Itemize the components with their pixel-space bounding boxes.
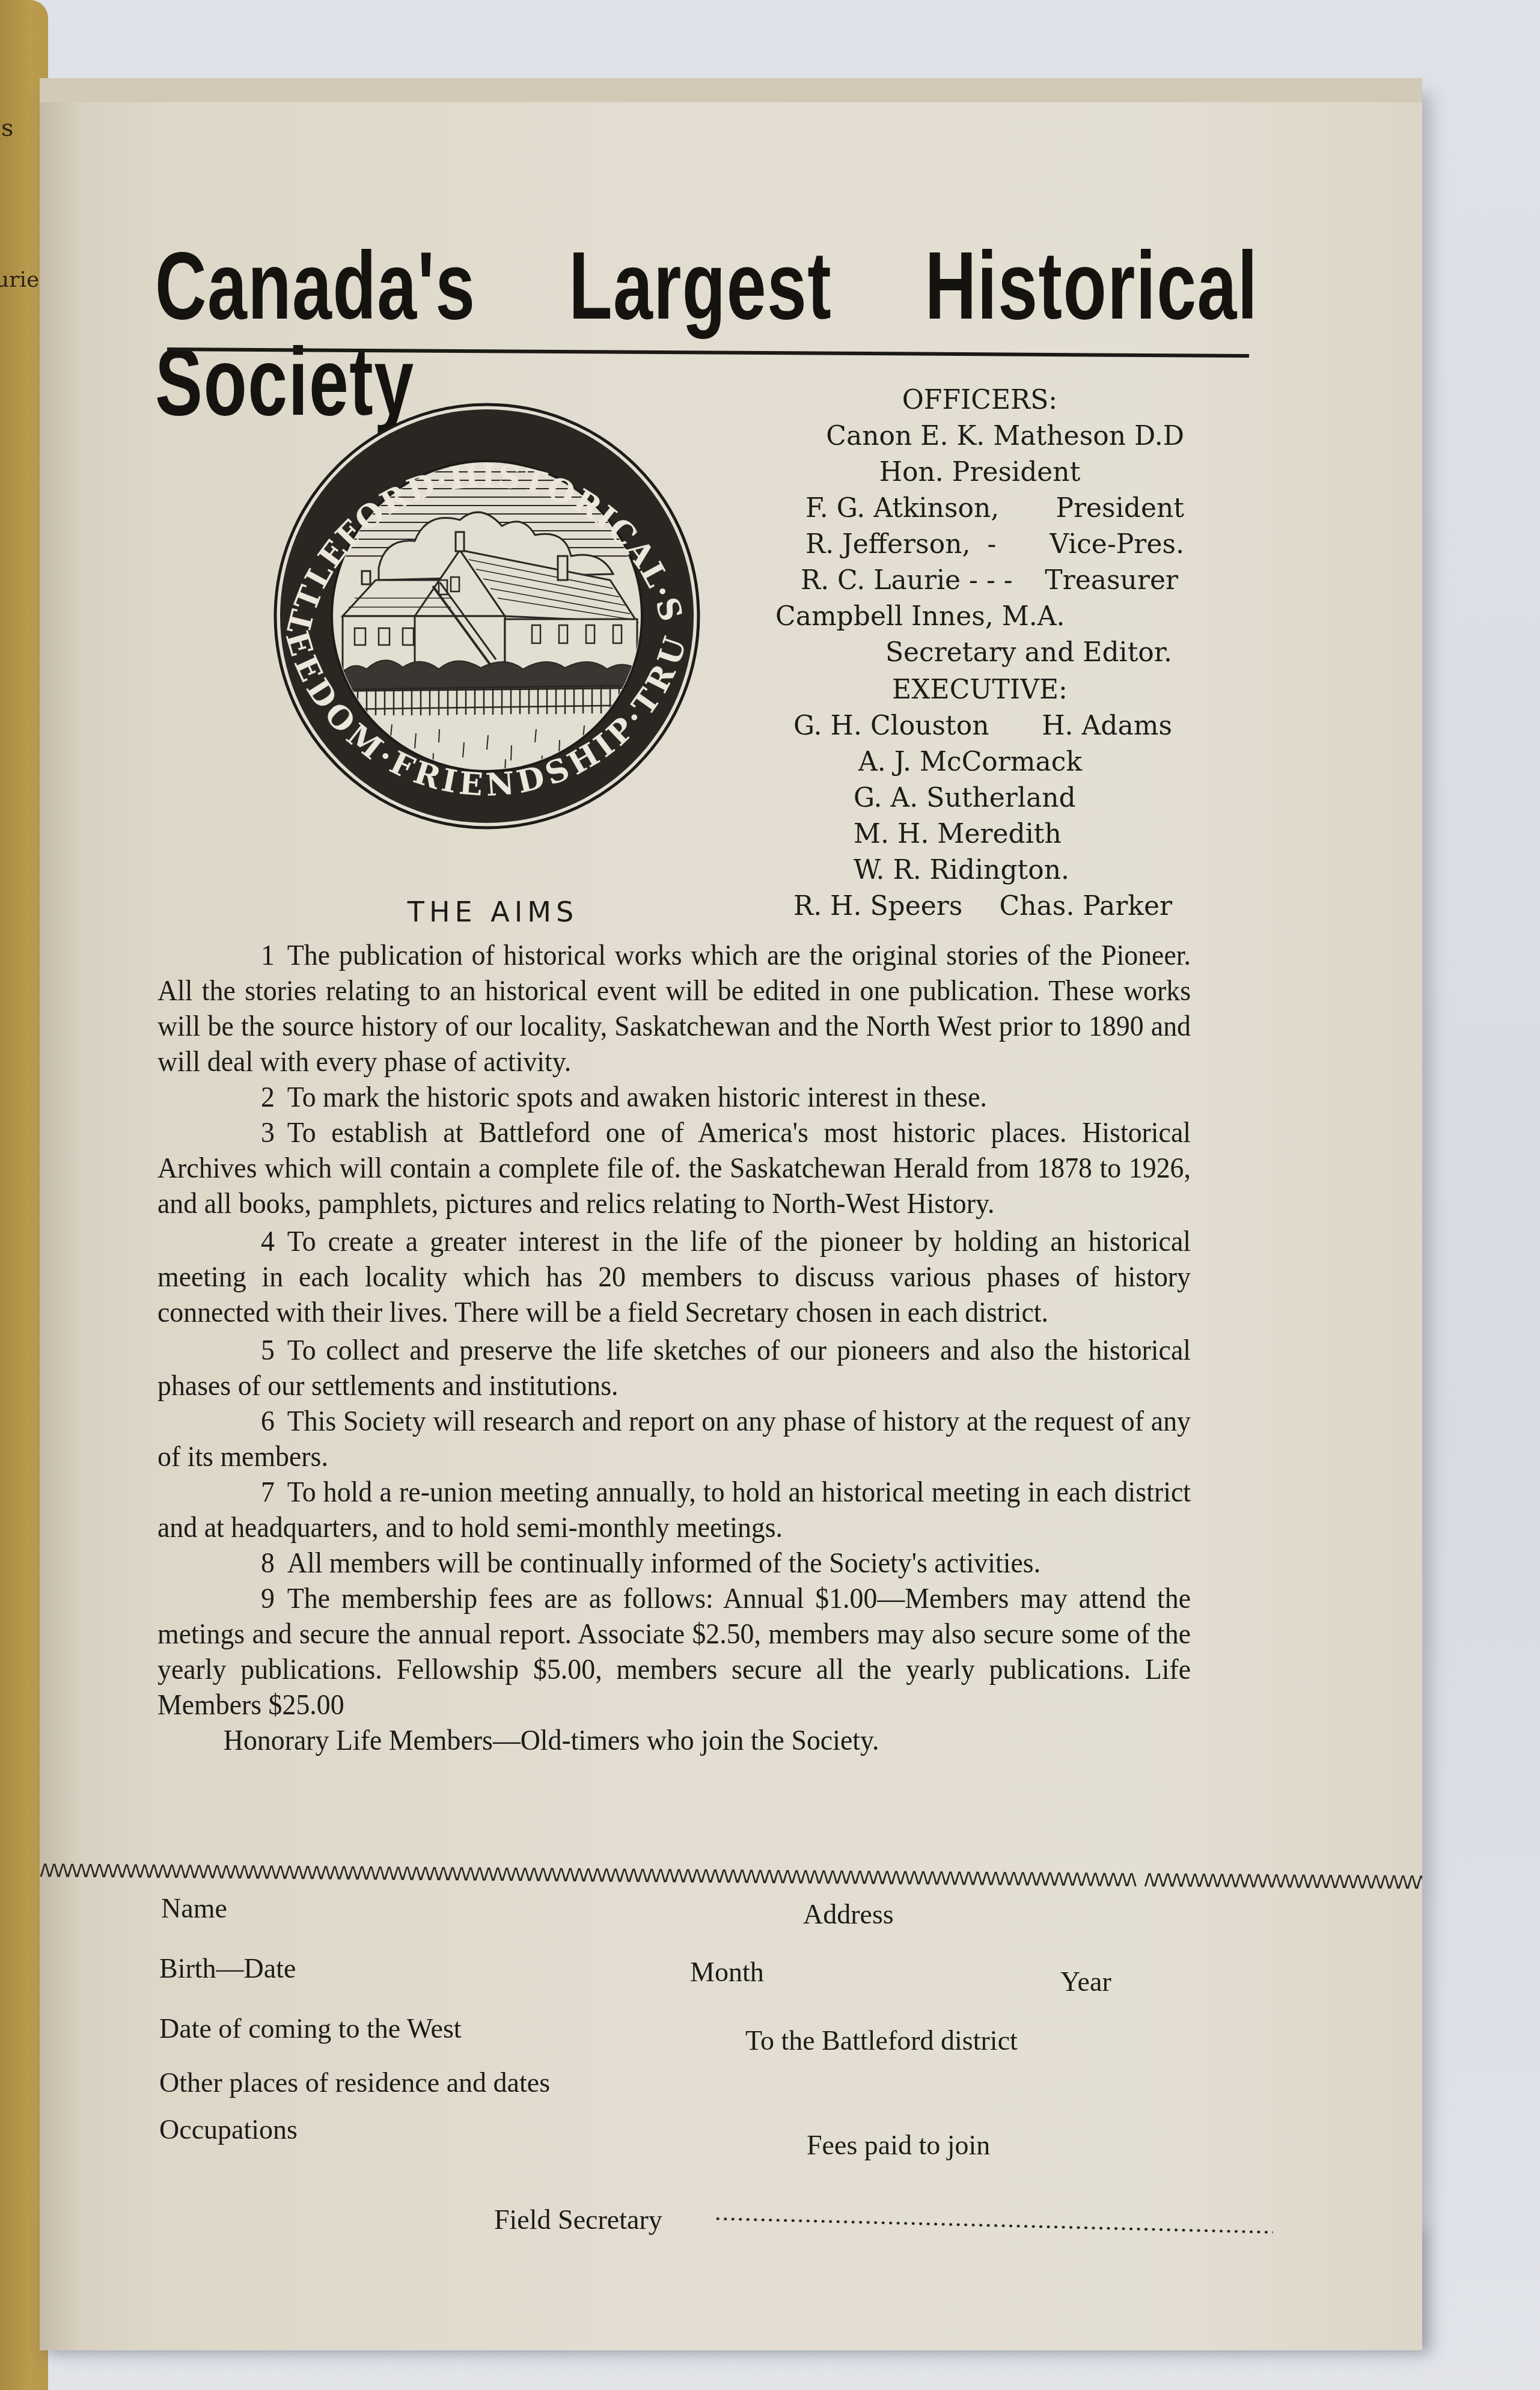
officer-name: Campbell Innes, M.A. [775,599,1184,635]
aims-list: 1The publication of historical works whi… [157,938,1191,1758]
aim-number: 6 [209,1404,275,1439]
form-field-secretary-label: Field Secretary [494,2205,662,2235]
executive-member: G. A. Sutherland [775,780,1184,816]
form-battleford-district-field[interactable]: To the Battleford district [745,2026,1018,2056]
aim-number: 1 [209,938,275,973]
aim-number: 5 [209,1333,275,1368]
officer-role: Secretary and Editor. [775,635,1184,671]
executive-row: G. H. Clouston H. Adams [775,708,1184,744]
form-year-field[interactable]: Year [1060,1967,1111,1997]
form-occupations-field[interactable]: Occupations [159,2115,298,2145]
aim-text: To collect and preserve the life sketche… [157,1334,1191,1402]
aim-item: 7To hold a re-union meeting annually, to… [157,1475,1191,1545]
aim-number: 8 [209,1545,275,1581]
aim-item: 8All members will be continually informe… [157,1545,1191,1581]
form-other-places-field[interactable]: Other places of residence and dates [159,2068,550,2098]
aim-number: 2 [209,1080,275,1115]
aim-item: 9The membership fees are as follows: Ann… [157,1581,1191,1723]
officer-role: Treasurer [1045,563,1178,599]
executive-member: R. H. Speers [793,888,962,925]
officer-row: F. G. Atkinson, President [775,491,1184,527]
aim-item: 3To establish at Battleford one of Ameri… [157,1115,1191,1221]
aim-text: To establish at Battleford one of Americ… [157,1117,1191,1220]
officers-list: OFFICERS: Canon E. K. Matheson D.D Hon. … [775,382,1184,925]
form-date-coming-west-field[interactable]: Date of coming to the West [159,2014,462,2044]
executive-member: W. R. Ridington. [775,852,1184,888]
form-name-field[interactable]: Name [161,1893,227,1924]
page-top-edge [40,78,1422,102]
aim-text: All members will be continually informed… [287,1547,1040,1579]
form-birth-date-field[interactable]: Birth—Date [159,1954,296,1984]
aim-item: 6This Society will research and report o… [157,1404,1191,1475]
society-seal-logo: THE·BATTLEFORD·HISTORICAL·SOCIETY· FREED… [252,382,721,851]
aim-number: 7 [209,1475,275,1510]
aim-text: The publication of historical works whic… [157,940,1191,1078]
form-address-field[interactable]: Address [803,1899,894,1930]
executive-member: A. J. McCormack [775,744,1184,780]
officers-heading: OFFICERS: [775,382,1184,418]
aim-number: 9 [209,1581,275,1616]
officer-role: Vice-Pres. [1050,527,1184,563]
aim-item: 1The publication of historical works whi… [157,938,1191,1080]
aim-number: 3 [209,1115,275,1151]
officer-name: Canon E. K. Matheson D.D [775,418,1184,454]
aims-heading: THE AIMS [373,896,613,928]
executive-member: G. H. Clouston [793,708,989,744]
form-month-field[interactable]: Month [690,1957,764,1987]
officer-row: R. Jefferson, - Vice-Pres. [775,527,1184,563]
honorary-members-note: Honorary Life Members—Old-timers who joi… [157,1723,1191,1758]
aim-item: 4To create a greater interest in the lif… [157,1224,1191,1330]
aim-number: 4 [209,1224,275,1259]
adjacent-page-fragment: s [1,114,14,142]
aim-text: The membership fees are as follows: Annu… [157,1583,1191,1721]
officer-row: R. C. Laurie - - - Treasurer [775,563,1184,599]
aim-text: To create a greater interest in the life… [157,1226,1191,1328]
aim-text: To mark the historic spots and awaken hi… [287,1081,987,1113]
executive-heading: EXECUTIVE: [775,672,1184,708]
officer-name: F. G. Atkinson, [805,491,999,527]
form-fees-paid-field[interactable]: Fees paid to join [807,2130,990,2160]
officer-name: R. Jefferson, - [805,527,996,563]
executive-row: R. H. Speers Chas. Parker [775,888,1184,925]
executive-member: Chas. Parker [1000,888,1172,925]
executive-member: M. H. Meredith [775,816,1184,852]
aim-text: To hold a re-union meeting annually, to … [157,1476,1191,1544]
aim-item: 5To collect and preserve the life sketch… [157,1333,1191,1404]
aim-item: 2To mark the historic spots and awaken h… [157,1080,1191,1115]
executive-member: H. Adams [1042,708,1172,744]
officer-role: Hon. President [775,454,1184,491]
aim-text: This Society will research and report on… [157,1405,1191,1473]
officer-role: President [1056,491,1184,527]
officer-name: R. C. Laurie - - - [801,563,1013,599]
